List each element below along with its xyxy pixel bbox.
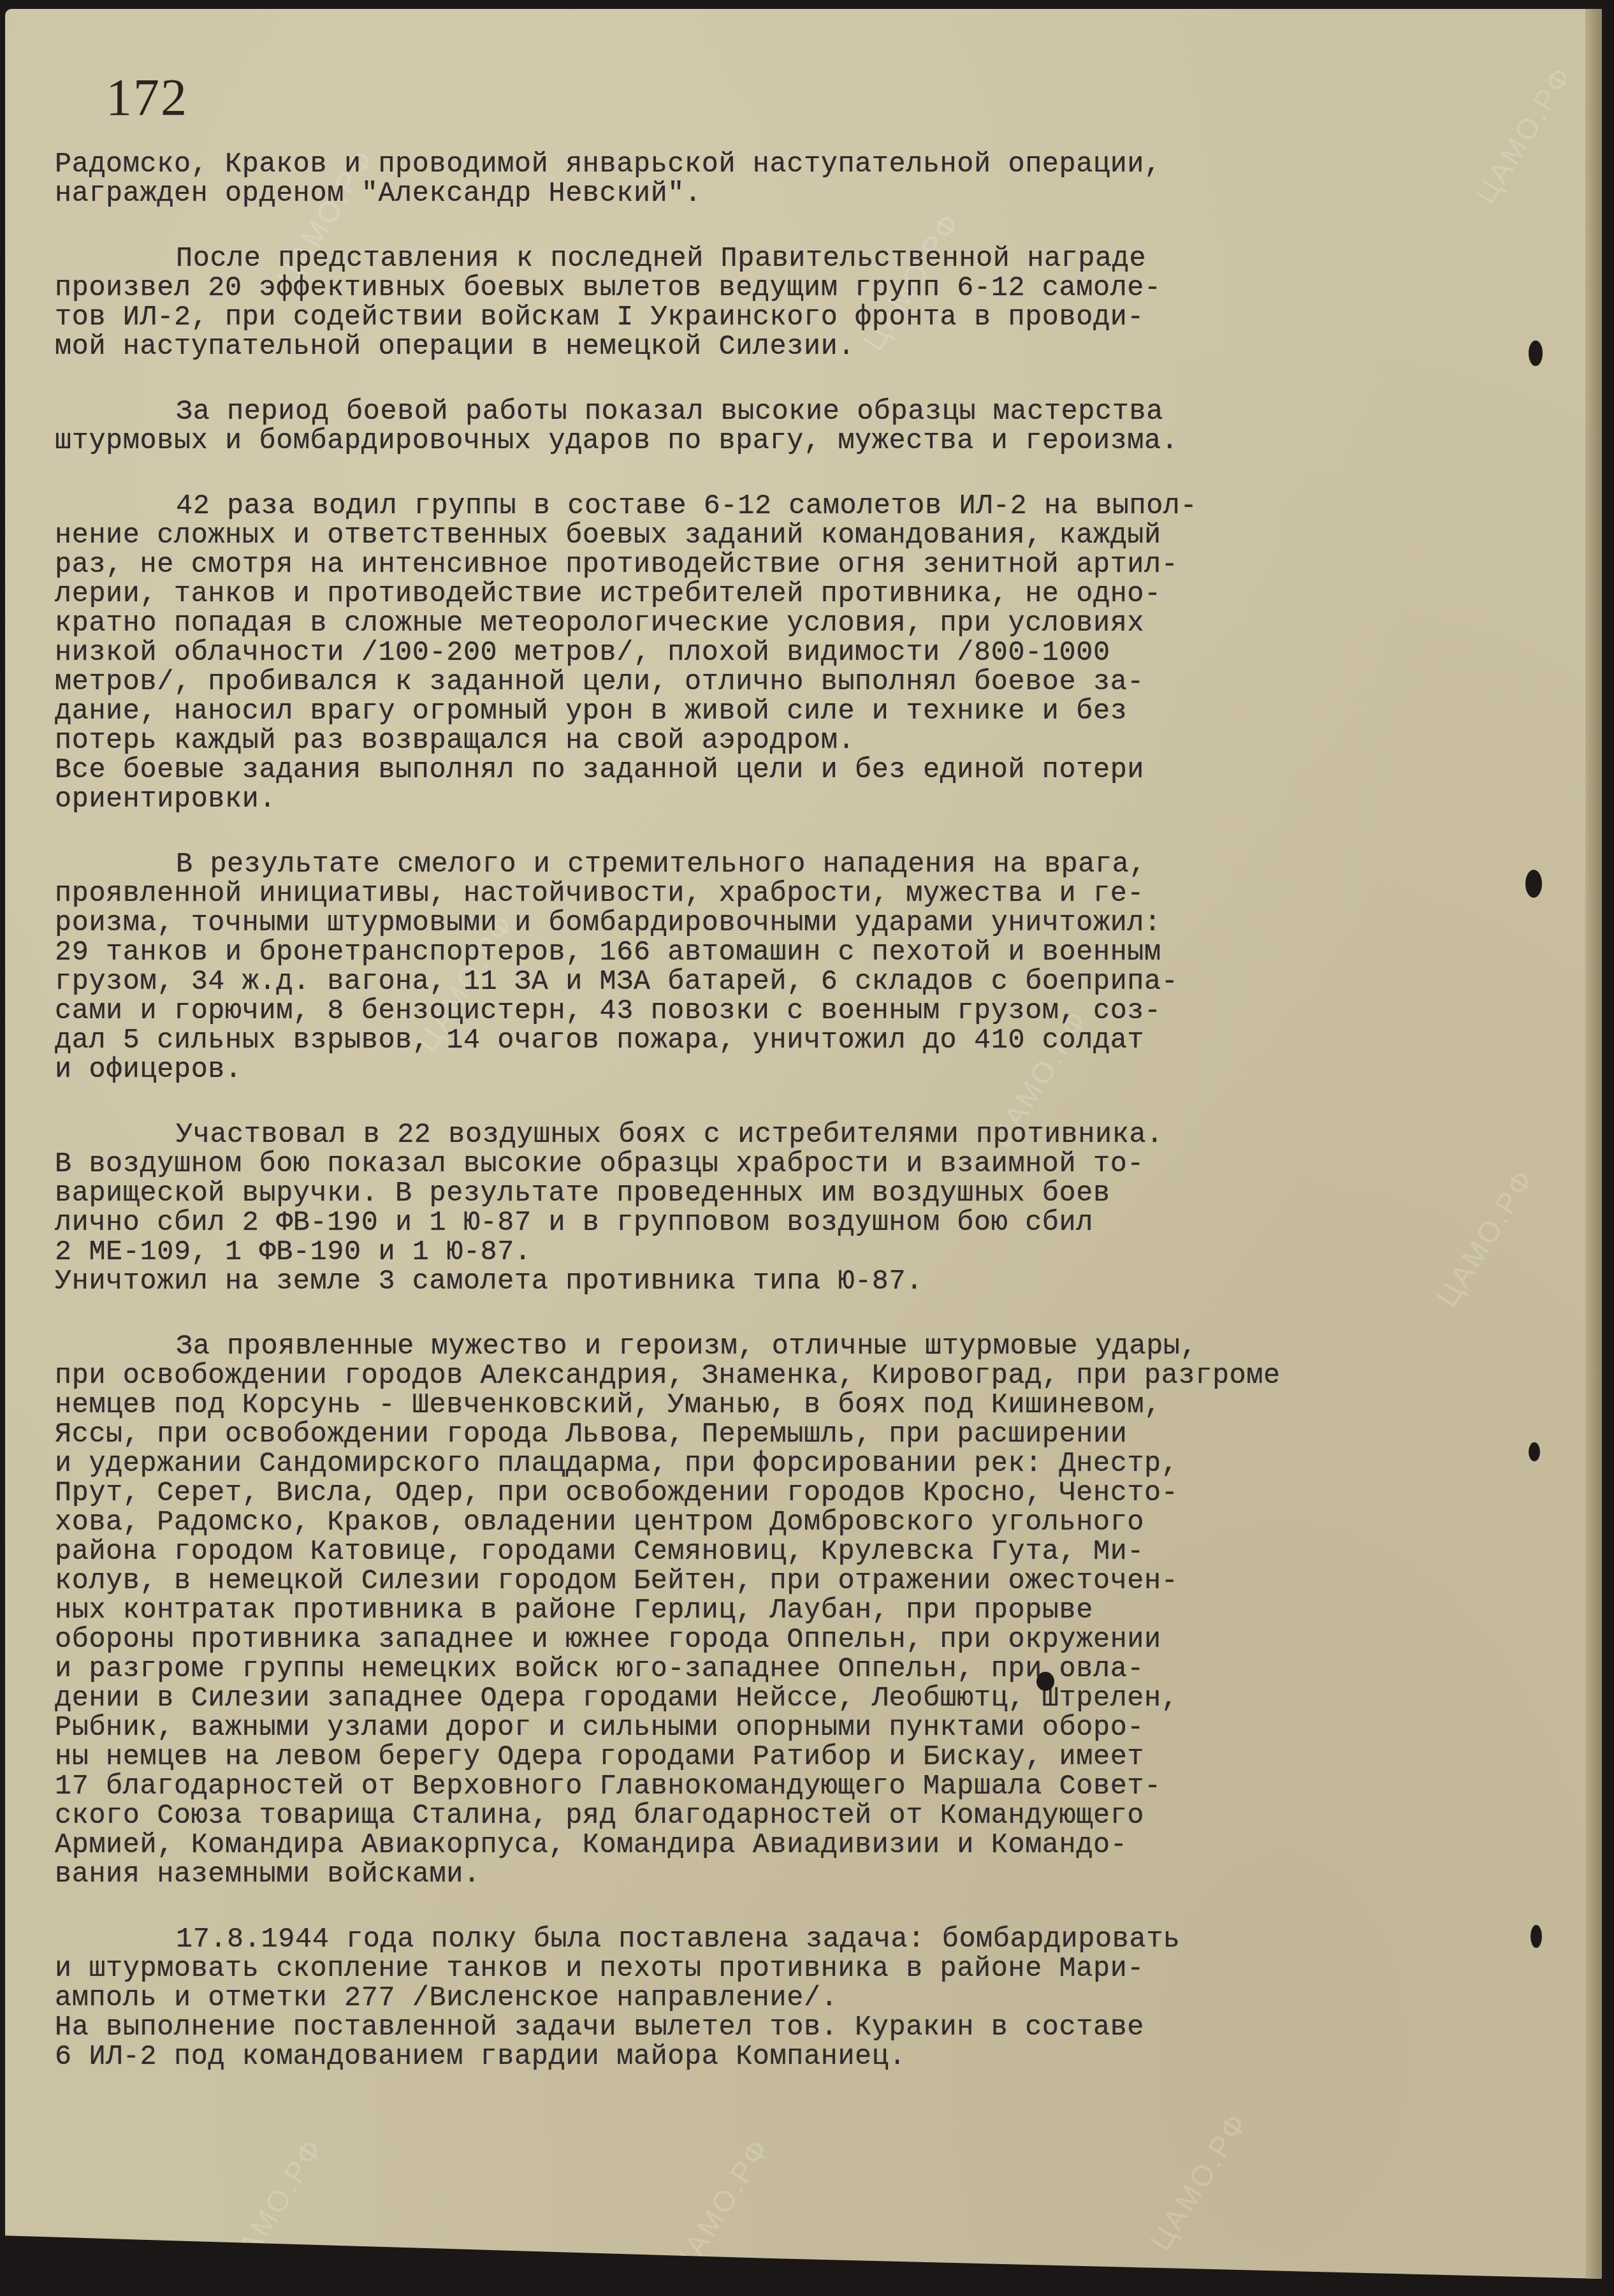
text-line: при освобождении городов Александрия, Зн… [55, 1362, 1457, 1391]
text-line: За период боевой работы показал высокие … [55, 398, 1457, 427]
text-line: дание, наносил врагу огромный урон в жив… [55, 698, 1457, 727]
text-line: Армией, Командира Авиакорпуса, Командира… [55, 1831, 1457, 1861]
paragraph: В результате смелого и стремительного на… [55, 851, 1457, 1085]
text-line: обороны противника западнее и южнее горо… [55, 1626, 1457, 1655]
watermark: ЦАМО.РФ [1143, 2106, 1254, 2256]
text-line: 17.8.1944 года полку была поставлена зад… [55, 1926, 1457, 1955]
text-line: ориентировки. [55, 786, 1457, 815]
paragraph: 17.8.1944 года полку была поставлена зад… [55, 1926, 1457, 2072]
text-line: После представления к последней Правител… [55, 245, 1457, 274]
text-line: ных контратак противника в районе Герлиц… [55, 1597, 1457, 1626]
text-line: раз, не смотря на интенсивное противодей… [55, 551, 1457, 580]
text-line: и разгроме группы немецких войск юго-зап… [55, 1655, 1457, 1685]
ink-blot [1525, 870, 1542, 898]
text-line: нение сложных и ответственных боевых зад… [55, 522, 1457, 551]
text-line: мой наступательной операции в немецкой С… [55, 333, 1457, 362]
paragraph: За проявленные мужество и героизм, отлич… [55, 1333, 1457, 1890]
text-line: произвел 20 эффективных боевых вылетов в… [55, 274, 1457, 303]
text-line: лично сбил 2 ФВ-190 и 1 Ю-87 и в группов… [55, 1209, 1457, 1238]
watermark: ЦАМО.РФ [219, 2131, 330, 2282]
text-line: немцев под Корсунь - Шевченковский, Уман… [55, 1391, 1457, 1421]
text-line: района городом Катовице, городами Семяно… [55, 1538, 1457, 1567]
text-line: Прут, Серет, Висла, Одер, при освобожден… [55, 1479, 1457, 1509]
text-line: Радомско, Краков и проводимой январьской… [55, 150, 1457, 180]
text-line: и удержании Сандомирского плацдарма, при… [55, 1450, 1457, 1479]
text-line: 6 ИЛ-2 под командованием гвардии майора … [55, 2043, 1457, 2072]
text-line: 42 раза водил группы в составе 6-12 само… [55, 492, 1457, 522]
text-line: штурмовых и бомбардировочных ударов по в… [55, 427, 1457, 457]
text-line: вания наземными войсками. [55, 1861, 1457, 1890]
page-number: 172 [106, 68, 188, 128]
page-edge-shadow [1585, 9, 1602, 2279]
text-line: потерь каждый раз возвращался на свой аэ… [55, 727, 1457, 756]
text-line: За проявленные мужество и героизм, отлич… [55, 1333, 1457, 1362]
text-line: 2 МЕ-109, 1 ФВ-190 и 1 Ю-87. [55, 1238, 1457, 1268]
text-line: дении в Силезии западнее Одера городами … [55, 1685, 1457, 1714]
text-line: низкой облачности /100-200 метров/, плох… [55, 639, 1457, 668]
paragraph: Участвовал в 22 воздушных боях с истреби… [55, 1121, 1457, 1297]
paragraph: Радомско, Краков и проводимой январьской… [55, 150, 1457, 209]
text-line: колув, в немецкой Силезии городом Бейтен… [55, 1567, 1457, 1597]
text-line: роизма, точными штурмовыми и бомбардиров… [55, 909, 1457, 939]
ink-blot [1529, 340, 1543, 366]
ink-blot [1529, 1442, 1540, 1461]
ink-blot [1036, 1672, 1054, 1691]
text-line: и офицеров. [55, 1056, 1457, 1085]
text-line: грузом, 34 ж.д. вагона, 11 ЗА и МЗА бата… [55, 968, 1457, 997]
text-line: метров/, пробивался к заданной цели, отл… [55, 668, 1457, 698]
text-line: 17 благодарностей от Верховного Главноко… [55, 1773, 1457, 1802]
ink-blot [1530, 1925, 1542, 1948]
text-line: варищеской выручки. В результате проведе… [55, 1180, 1457, 1209]
text-line: ского Союза товарища Сталина, ряд благод… [55, 1802, 1457, 1831]
text-line: проявленной инициативы, настойчивости, х… [55, 880, 1457, 909]
text-line: Уничтожил на земле 3 самолета противника… [55, 1268, 1457, 1297]
paragraph: После представления к последней Правител… [55, 245, 1457, 362]
text-line: На выполнение поставленной задачи вылете… [55, 2014, 1457, 2043]
text-line: лерии, танков и противодействие истребит… [55, 580, 1457, 610]
text-line: амполь и отметки 277 /Висленское направл… [55, 1984, 1457, 2014]
text-line: В воздушном бою показал высокие образцы … [55, 1150, 1457, 1180]
text-line: Яссы, при освобождении города Львова, Пе… [55, 1421, 1457, 1450]
text-line: кратно попадая в сложные метеорологическ… [55, 610, 1457, 639]
watermark: ЦАМО.РФ [1468, 59, 1580, 210]
text-line: сами и горючим, 8 бензоцистерн, 43 повоз… [55, 997, 1457, 1027]
text-line: хова, Радомско, Краков, овладении центро… [55, 1509, 1457, 1538]
document-page: ЦАМО.РФ ЦАМО.РФ ЦАМО.РФ ЦАМО.РФ ЦАМО.РФ … [5, 9, 1602, 2279]
document-body: Радомско, Краков и проводимой январьской… [55, 150, 1457, 2108]
text-line: награжден орденом "Александр Невский". [55, 180, 1457, 209]
watermark: ЦАМО.РФ [665, 2131, 776, 2282]
text-line: и штурмовать скопление танков и пехоты п… [55, 1955, 1457, 1984]
paragraph: 42 раза водил группы в составе 6-12 само… [55, 492, 1457, 815]
text-line: В результате смелого и стремительного на… [55, 851, 1457, 880]
text-line: Все боевые задания выполнял по заданной … [55, 756, 1457, 786]
text-line: дал 5 сильных взрывов, 14 очагов пожара,… [55, 1027, 1457, 1056]
text-line: Участвовал в 22 воздушных боях с истреби… [55, 1121, 1457, 1150]
text-line: ны немцев на левом берегу Одера городами… [55, 1743, 1457, 1773]
text-line: тов ИЛ-2, при содействии войскам I Украи… [55, 303, 1457, 333]
text-line: 29 танков и бронетранспортеров, 166 авто… [55, 939, 1457, 968]
paragraph: За период боевой работы показал высокие … [55, 398, 1457, 457]
text-line: Рыбник, важными узлами дорог и сильными … [55, 1714, 1457, 1743]
